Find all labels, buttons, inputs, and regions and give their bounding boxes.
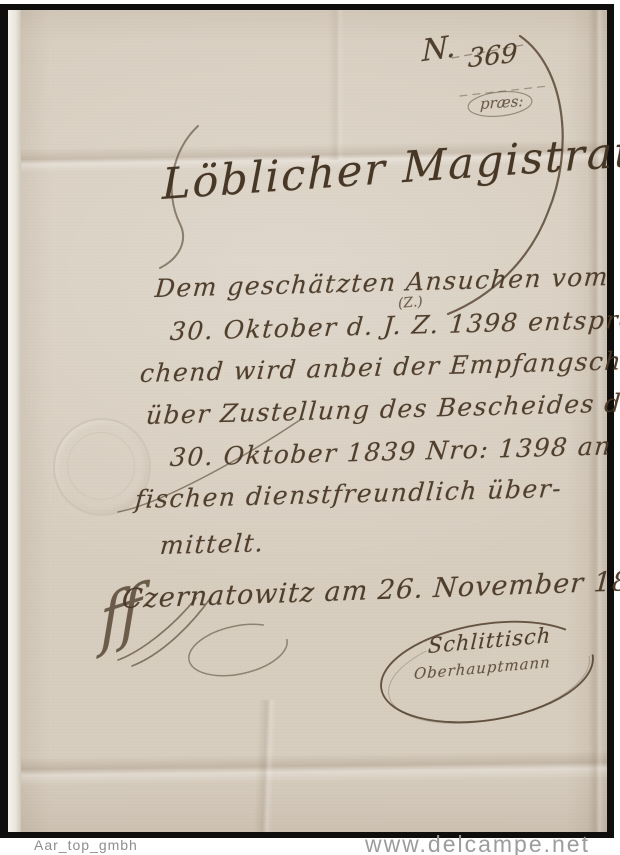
signature-name: Schlittisch	[427, 623, 552, 658]
body-line: mittelt.	[159, 528, 266, 560]
body-line: über Zustellung des Bescheides ddt.	[145, 387, 620, 430]
body-line: fischen dienstfreundlich über-	[134, 474, 563, 514]
scanned-letter-photo: N. 369 præs: Löblicher Magistrat. (Z.) D…	[0, 0, 620, 855]
registry-note: præs:	[480, 92, 524, 113]
registry-prefix: N.	[422, 29, 456, 69]
body-line: 30. Oktober d. J. Z. 1398 entspre-	[169, 305, 620, 347]
handwriting-layer: N. 369 præs: Löblicher Magistrat. (Z.) D…	[0, 0, 620, 855]
dateline: Czernatowitz am 26. November 1839.	[121, 565, 620, 615]
seller-watermark: Aar_top_gmbh	[34, 837, 138, 853]
body-line: Dem geschätzten Ansuchen vom	[154, 262, 610, 303]
body-line: 30. Oktober 1839 Nro: 1398 an Rese-	[169, 429, 620, 472]
letter-salutation: Löblicher Magistrat.	[162, 126, 620, 210]
site-watermark: www.delcampe.net	[365, 831, 590, 855]
insertion-mark: (Z.)	[397, 294, 423, 312]
registry-number: 369	[467, 39, 517, 74]
body-line: chend wird anbei der Empfangschein	[139, 345, 620, 388]
